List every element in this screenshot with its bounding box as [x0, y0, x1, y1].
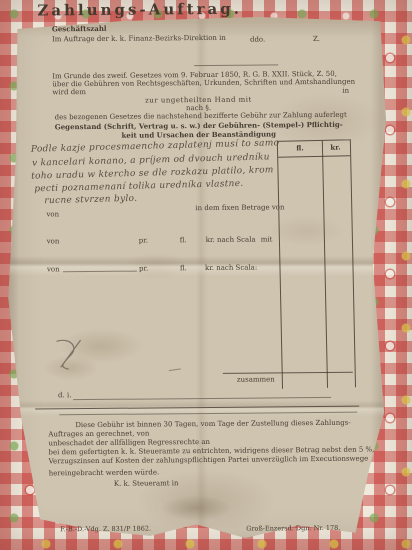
- kr-scala-label-3: kr. nach Scala:: [205, 264, 257, 273]
- pr-label-3: pr.: [139, 265, 148, 273]
- fl-label-3: fl.: [180, 264, 187, 272]
- fill-in-line: [194, 64, 278, 66]
- von-label-1: von: [46, 210, 59, 218]
- intro-line-3: wird dem: [52, 88, 86, 96]
- ddo-label: ddo.: [250, 35, 265, 43]
- von-label-2: von: [47, 237, 60, 245]
- notice-line-2: Auftrages an gerechnet, von: [48, 430, 149, 439]
- pr-label-2: pr.: [139, 237, 148, 245]
- notice-line-5: Verzugszinsen auf Kosten der zahlungspfl…: [49, 455, 369, 466]
- zahl-label: Z.: [313, 35, 320, 43]
- total-fill-in-line: [73, 397, 331, 400]
- section-divider-rule: [35, 406, 359, 410]
- section-divider-rule-2: [59, 412, 357, 416]
- intro-line-2: über die Gebühren von Rechtsgeschäften, …: [52, 78, 355, 89]
- geschaeftszahl-label: Geschäftszahl: [52, 25, 107, 34]
- footer-form-reference: F.-B.-D.-Vdg. Z. 831/P 1862.: [60, 525, 151, 533]
- handwritten-line-5: rucne stvrzen bylo.: [44, 194, 137, 206]
- das-ist-label: d. i.: [58, 391, 71, 399]
- fee-table-column-divider: [322, 141, 328, 388]
- steueramt-signature-line: K. k. Steueramt in: [114, 479, 179, 488]
- auftrag-header-line: Im Auftrage der k. k. Finanz-Bezirks-Dir…: [52, 34, 226, 44]
- fee-column-kr: kr.: [322, 142, 349, 152]
- fill-in-line: [63, 271, 137, 273]
- fee-amount-table: fl. kr.: [277, 139, 356, 388]
- fee-table-header-rule: [278, 155, 350, 158]
- document-content: Geschäftszahl Im Auftrage der k. k. Fina…: [0, 0, 412, 550]
- zusammen-label: zusammen: [237, 375, 275, 383]
- notice-line-6: hereingebracht werden würde.: [49, 468, 160, 477]
- notice-line-1: Diese Gebühr ist binnen 30 Tagen, vom Ta…: [75, 419, 350, 429]
- notice-line-3: unbeschadet der allfälligen Regressrecht…: [48, 438, 210, 447]
- fl-label-2: fl.: [180, 236, 187, 244]
- kr-scala-label-2: kr. nach Scala: [206, 236, 256, 244]
- document-title: Zahlungs-Auftrag.: [0, 0, 282, 20]
- pencil-tick-mark: [169, 368, 181, 371]
- fee-column-fl: fl.: [278, 143, 322, 153]
- mit-label-2: mit: [261, 235, 273, 243]
- footer-print-reference: Groß-Enzersd. Dgn. Nr. 178.: [246, 525, 340, 533]
- fixed-amount-label: in dem fixen Betrage von: [195, 203, 284, 212]
- photo-of-document: Geschäftszahl Im Auftrage der k. k. Fina…: [0, 0, 412, 550]
- von-label-3: von: [47, 265, 60, 273]
- pencil-mark: [51, 337, 91, 375]
- subject-header-line-2: keit und Ursachen der Beanständigung: [39, 130, 359, 141]
- in-label: in: [342, 87, 349, 95]
- handwritten-line-4: pecti poznamenaní tolika uredníka vlastn…: [34, 179, 243, 194]
